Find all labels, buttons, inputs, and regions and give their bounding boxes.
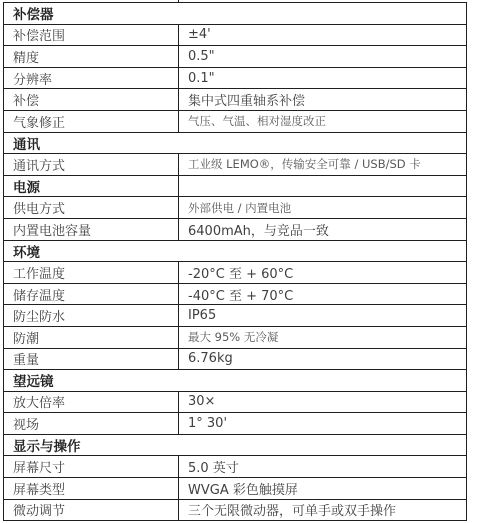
- section-header-row: 通讯: [4, 132, 467, 154]
- spec-value: -40°C 至 + 70°C: [179, 283, 467, 305]
- spec-label: 重量: [4, 348, 179, 370]
- spec-row: 补偿范围 ±4': [4, 24, 467, 46]
- spec-label: 分辨率: [4, 67, 179, 89]
- spec-label: 内置电池容量: [4, 218, 179, 240]
- spec-label: 屏幕类型: [4, 478, 179, 500]
- spec-row: 微动调节 三个无限微动器，可单手或双手操作: [4, 499, 467, 521]
- spec-row: 内置电池容量 6400mAh，与竞品一致: [4, 218, 467, 240]
- spec-value: 集中式四重轴系补偿: [179, 89, 467, 111]
- section-title: 通讯: [4, 132, 467, 154]
- spec-value: 1° 30': [179, 413, 467, 435]
- spec-value: 6400mAh，与竞品一致: [179, 218, 467, 240]
- spec-value: 30×: [179, 391, 467, 413]
- spec-row: 储存温度 -40°C 至 + 70°C: [4, 283, 467, 305]
- spec-label: 补偿范围: [4, 24, 179, 46]
- spec-row: 屏幕尺寸 5.0 英寸: [4, 456, 467, 478]
- spec-label: 气象修正: [4, 110, 179, 132]
- spec-value: ±4': [179, 24, 467, 46]
- section-empty-cell: [179, 175, 467, 197]
- spec-label: 屏幕尺寸: [4, 456, 179, 478]
- spec-label: 精度: [4, 46, 179, 68]
- section-title: 显示与操作: [4, 434, 467, 456]
- spec-label: 视场: [4, 413, 179, 435]
- spec-row: 屏幕类型 WVGA 彩色触摸屏: [4, 478, 467, 500]
- spec-label: 放大倍率: [4, 391, 179, 413]
- spec-value: WVGA 彩色触摸屏: [179, 478, 467, 500]
- spec-label: 防潮: [4, 326, 179, 348]
- spec-value: 工业级 LEMO®，传输安全可靠 / USB/SD 卡: [179, 154, 467, 176]
- section-header-row: 电源: [4, 175, 467, 197]
- section-header-row: 补偿器: [4, 3, 467, 25]
- spec-value: 0.5": [179, 46, 467, 68]
- spec-value: 外部供电 / 内置电池: [179, 197, 467, 219]
- spec-label: 微动调节: [4, 499, 179, 521]
- section-title: 补偿器: [4, 3, 467, 25]
- spec-row: 精度 0.5": [4, 46, 467, 68]
- spec-row: 视场 1° 30': [4, 413, 467, 435]
- spec-value: 5.0 英寸: [179, 456, 467, 478]
- spec-row: 补偿 集中式四重轴系补偿: [4, 89, 467, 111]
- section-header-row: 显示与操作: [4, 434, 467, 456]
- spec-row: 分辨率 0.1": [4, 67, 467, 89]
- spec-row: 防尘防水 IP65: [4, 305, 467, 327]
- spec-table: 补偿器 补偿范围 ±4' 精度 0.5" 分辨率 0.1" 补偿 集中式四重轴系…: [3, 2, 467, 521]
- spec-value: IP65: [179, 305, 467, 327]
- spec-label: 防尘防水: [4, 305, 179, 327]
- spec-value: 最大 95% 无冷凝: [179, 326, 467, 348]
- spec-value: 0.1": [179, 67, 467, 89]
- spec-row: 重量 6.76kg: [4, 348, 467, 370]
- spec-row: 工作温度 -20°C 至 + 60°C: [4, 262, 467, 284]
- spec-row: 放大倍率 30×: [4, 391, 467, 413]
- spec-table-body: 补偿器 补偿范围 ±4' 精度 0.5" 分辨率 0.1" 补偿 集中式四重轴系…: [4, 3, 467, 521]
- spec-label: 通讯方式: [4, 154, 179, 176]
- spec-value: 气压、气温、相对湿度改正: [179, 110, 467, 132]
- spec-row: 通讯方式 工业级 LEMO®，传输安全可靠 / USB/SD 卡: [4, 154, 467, 176]
- spec-label: 储存温度: [4, 283, 179, 305]
- spec-label: 工作温度: [4, 262, 179, 284]
- spec-row: 供电方式 外部供电 / 内置电池: [4, 197, 467, 219]
- spec-value: -20°C 至 + 60°C: [179, 262, 467, 284]
- section-title: 电源: [4, 175, 179, 197]
- section-header-row: 望远镜: [4, 370, 467, 392]
- spec-label: 补偿: [4, 89, 179, 111]
- section-title: 环境: [4, 240, 467, 262]
- section-header-row: 环境: [4, 240, 467, 262]
- spec-row: 防潮 最大 95% 无冷凝: [4, 326, 467, 348]
- spec-value: 6.76kg: [179, 348, 467, 370]
- spec-label: 供电方式: [4, 197, 179, 219]
- section-title: 望远镜: [4, 370, 467, 392]
- spec-sheet-page: 补偿器 补偿范围 ±4' 精度 0.5" 分辨率 0.1" 补偿 集中式四重轴系…: [0, 0, 484, 523]
- spec-value: 三个无限微动器，可单手或双手操作: [179, 499, 467, 521]
- spec-row: 气象修正 气压、气温、相对湿度改正: [4, 110, 467, 132]
